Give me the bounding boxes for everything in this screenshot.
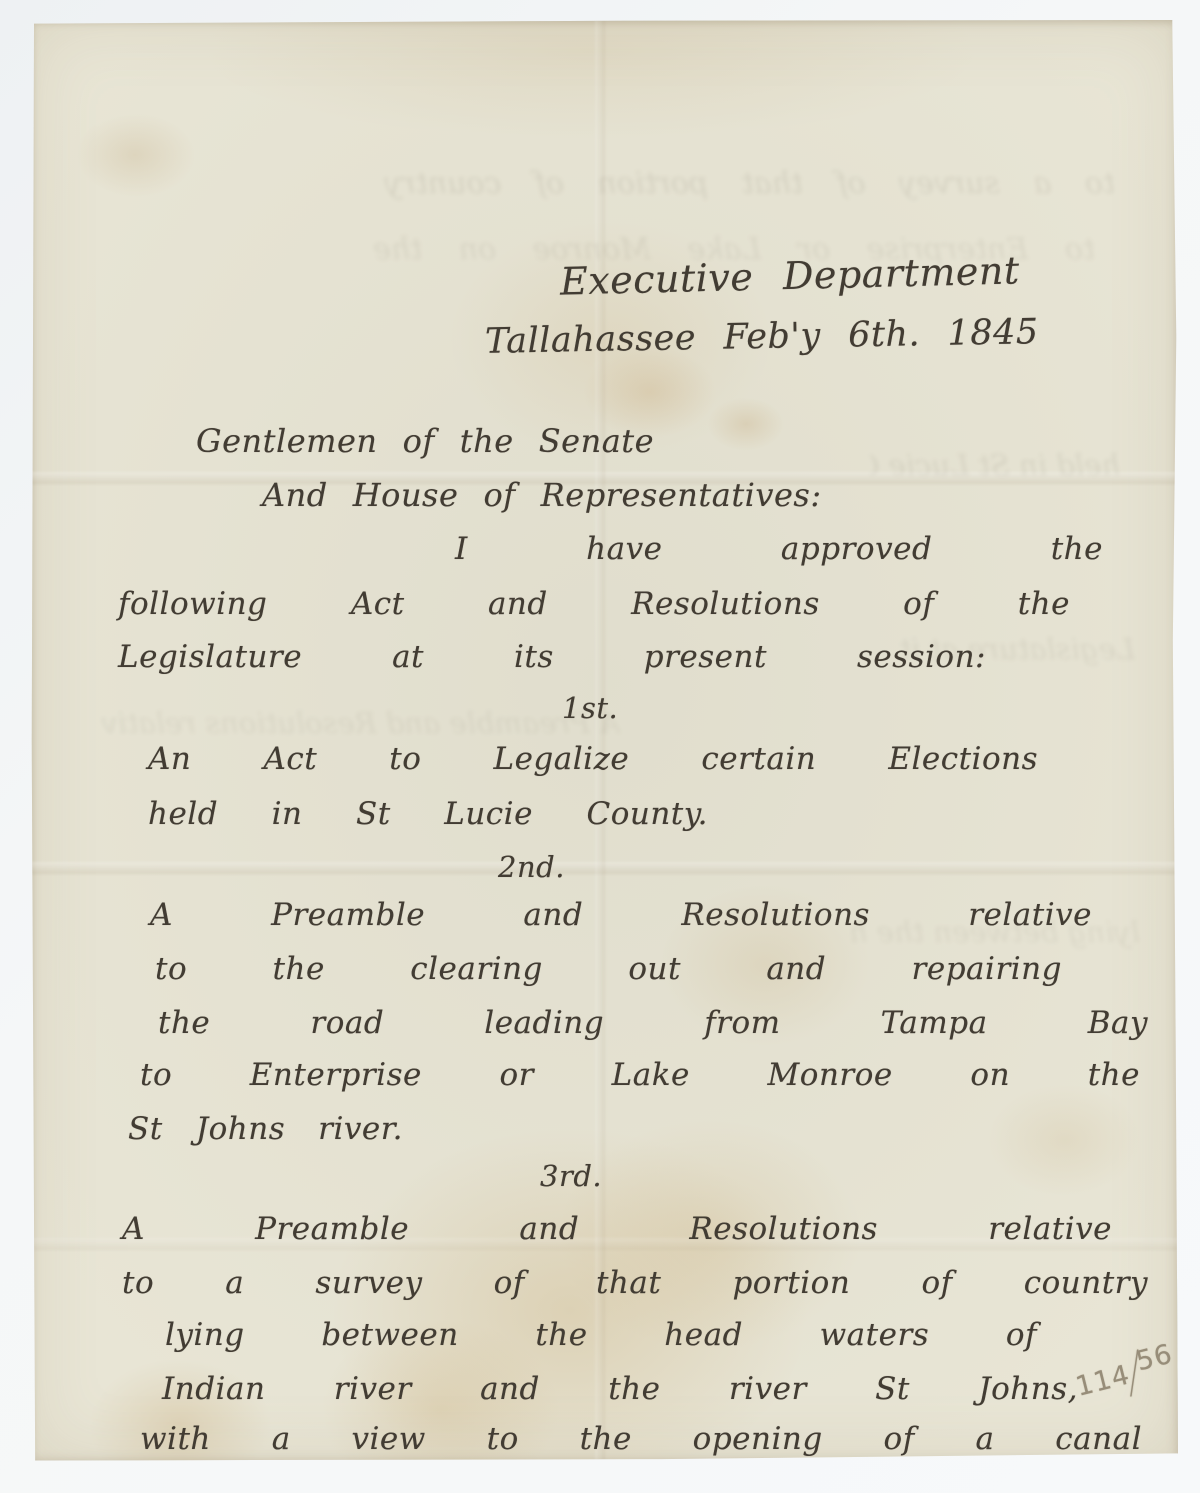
body-line: Indian river and the river St Johns, [162, 1371, 1078, 1408]
heading-place-date: Tallahassee Feb'y 6th. 1845 [485, 311, 1039, 363]
heading-office: Executive Department [560, 248, 1021, 305]
archival-number-left: 114 [1073, 1359, 1133, 1402]
salutation-line: Gentlemen of the Senate [196, 422, 654, 460]
body-line: to the clearing out and repairing [155, 951, 1062, 988]
salutation-line: And House of Representatives: [262, 476, 822, 514]
archival-number-note: 114/56 [1073, 1348, 1179, 1403]
body-line: An Act to Legalize certain Elections [148, 741, 1038, 778]
body-line: held in St Lucie County. [148, 796, 708, 833]
body-line: St Johns river. [128, 1111, 403, 1148]
item-number: 2nd. [498, 850, 565, 885]
body-line: I have approved the [455, 531, 1103, 568]
item-number: 1st. [562, 691, 618, 726]
body-line: Legislature at its present session: [118, 639, 986, 676]
item-number: 3rd. [540, 1159, 602, 1194]
body-line: lying between the head waters of [165, 1317, 1037, 1354]
body-line: to a survey of that portion of country [122, 1265, 1148, 1302]
body-line: following Act and Resolutions of the [118, 586, 1070, 623]
body-line: to Enterprise or Lake Monroe on the [140, 1057, 1140, 1094]
document-page: to a survey of that portion of country t… [30, 20, 1178, 1462]
body-line: A Preamble and Resolutions relative [150, 897, 1092, 934]
bleedthrough-line: A Preamble and Resolutions relative [100, 706, 620, 740]
scan-background: to a survey of that portion of country t… [0, 0, 1200, 1493]
body-line: the road leading from Tampa Bay [158, 1005, 1148, 1042]
body-line: A Preamble and Resolutions relative [122, 1211, 1112, 1248]
body-line: with a view to the opening of a canal [140, 1421, 1142, 1458]
